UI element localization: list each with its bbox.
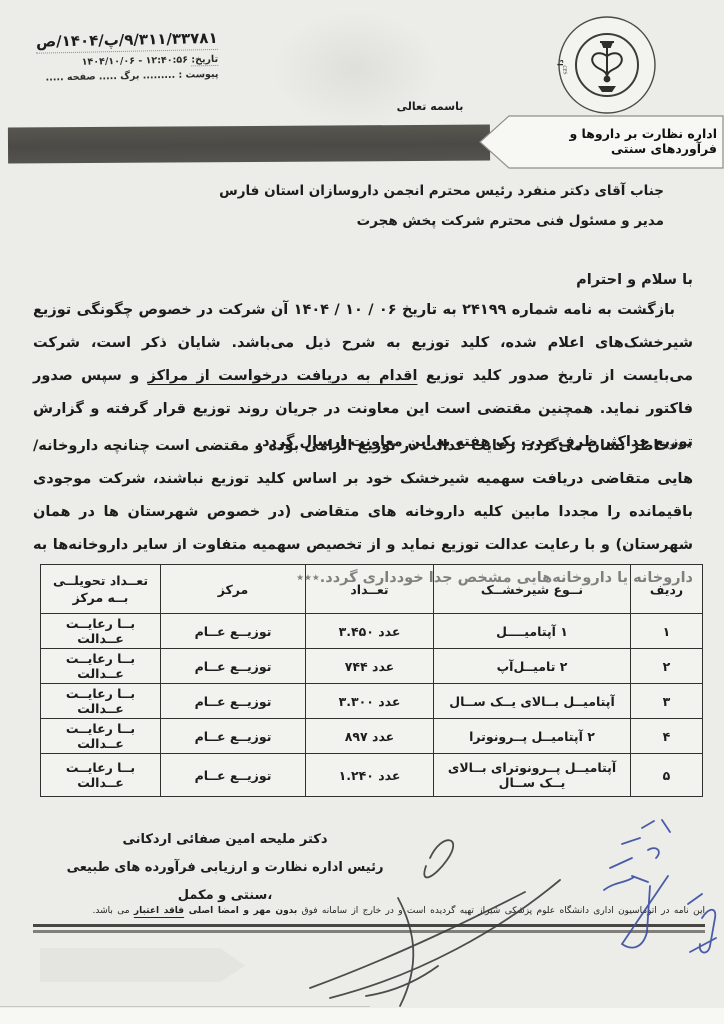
col-header-product: نــوع شیرخشــک [434, 565, 631, 614]
cell-product: آپتامیــل پــرونوترای بــالای یــک ســال [434, 754, 631, 797]
cell-qty: عدد ۷۴۴ [306, 649, 434, 684]
cell-delivery: بــا رعایــت عــدالت [41, 649, 161, 684]
cell-delivery: بــا رعایــت عــدالت [41, 754, 161, 797]
cell-product: ۱ آپتامیــــل [434, 614, 631, 649]
table-row: ۱ ۱ آپتامیــــل عدد ۳.۴۵۰ توزیــع عــام … [41, 614, 703, 649]
cell-product: ۲ تامیــل‌آپ [434, 649, 631, 684]
letter-date-line: تاریخ: ۱۲:۴۰:۵۶ - ۱۴۰۴/۱۰/۰۶ [18, 54, 218, 69]
cell-center: توزیــع عــام [161, 614, 306, 649]
footer-bold-underline: فاقد اعتبار [134, 906, 184, 916]
cell-center: توزیــع عــام [161, 754, 306, 797]
university-logo-icon: دانشگاه علوم پزشکی و خدمات بهداشتی درمان… [550, 10, 664, 120]
col-header-row-no: ردیف [631, 565, 703, 614]
recipient-line-2: مدیر و مسئول فنی محترم شرکت پخش هجرت [60, 206, 664, 236]
cell-delivery: بــا رعایــت عــدالت [41, 719, 161, 754]
cell-qty: عدد ۸۹۷ [306, 719, 434, 754]
table-row: ۵ آپتامیــل پــرونوترای بــالای یــک ســ… [41, 754, 703, 797]
cell-row-no: ۴ [631, 719, 703, 754]
department-banner: اداره نظارت بر داروها و فرآوردهای سنتی [477, 112, 724, 172]
para1-underlined-phrase: اقدام به دریافت درخواست از مراکز [148, 368, 418, 384]
recipient-line-1: جناب آقای دکتر منفرد رئیس محترم انجمن دا… [60, 176, 664, 206]
attachment-line: پیوست : ......... برگ ..... صفحه ..... [18, 69, 218, 84]
recipient-block: جناب آقای دکتر منفرد رئیس محترم انجمن دا… [60, 176, 664, 236]
cell-delivery: بــا رعایــت عــدالت [41, 614, 161, 649]
letter-number-block: ۹/۳۱۱/۳۳۷۸۱/پ/۱۴۰۴/ص تاریخ: ۱۲:۴۰:۵۶ - ۱… [17, 28, 218, 84]
col-header-delivery: تعــداد تحویلــی بــه مرکز [41, 565, 161, 614]
cell-center: توزیــع عــام [161, 684, 306, 719]
cell-qty: عدد ۳.۳۰۰ [306, 684, 434, 719]
cell-center: توزیــع عــام [161, 719, 306, 754]
university-logo: دانشگاه علوم پزشکی و خدمات بهداشتی درمان… [550, 10, 664, 120]
cell-product: ۲ آپتامیــل پــرونوترا [434, 719, 631, 754]
table-header-row: ردیف نــوع شیرخشــک تعــداد مرکز تعــداد… [41, 565, 703, 614]
handwritten-blue-note [596, 806, 724, 966]
cell-product: آپتامیــل بــالای یــک ســال [434, 684, 631, 719]
scanned-letter-page: ۹/۳۱۱/۳۳۷۸۱/پ/۱۴۰۴/ص تاریخ: ۱۲:۴۰:۵۶ - ۱… [0, 0, 724, 1024]
col-header-center: مرکز [161, 565, 306, 614]
besmele-text: باسمه تعالی [375, 100, 485, 113]
cell-delivery: بــا رعایــت عــدالت [41, 684, 161, 719]
date-label: تاریخ: [191, 54, 218, 67]
distribution-table: ردیف نــوع شیرخشــک تعــداد مرکز تعــداد… [40, 564, 703, 797]
cell-row-no: ۲ [631, 649, 703, 684]
letter-number: ۹/۳۱۱/۳۳۷۸۱/پ/۱۴۰۴/ص [36, 29, 218, 54]
cell-qty: عدد ۱.۲۴۰ [306, 754, 434, 797]
date-value: ۱۲:۴۰:۵۶ - ۱۴۰۴/۱۰/۰۶ [82, 55, 188, 68]
cell-row-no: ۳ [631, 684, 703, 719]
cell-center: توزیــع عــام [161, 649, 306, 684]
handwritten-signature [270, 820, 600, 1020]
cell-row-no: ۵ [631, 754, 703, 797]
cell-qty: عدد ۳.۴۵۰ [306, 614, 434, 649]
cell-row-no: ۱ [631, 614, 703, 649]
table-row: ۴ ۲ آپتامیــل پــرونوترا عدد ۸۹۷ توزیــع… [41, 719, 703, 754]
footer-post: می باشد. [93, 906, 134, 916]
col-header-qty: تعــداد [306, 565, 434, 614]
scanned-dark-bar [8, 125, 490, 164]
scan-label-artifact [40, 948, 245, 982]
table-row: ۲ ۲ تامیــل‌آپ عدد ۷۴۴ توزیــع عــام بــ… [41, 649, 703, 684]
salutation: با سلام و احترام [33, 272, 693, 288]
table-row: ۳ آپتامیــل بــالای یــک ســال عدد ۳.۳۰۰… [41, 684, 703, 719]
department-banner-label: اداره نظارت بر داروها و فرآوردهای سنتی [511, 112, 717, 170]
